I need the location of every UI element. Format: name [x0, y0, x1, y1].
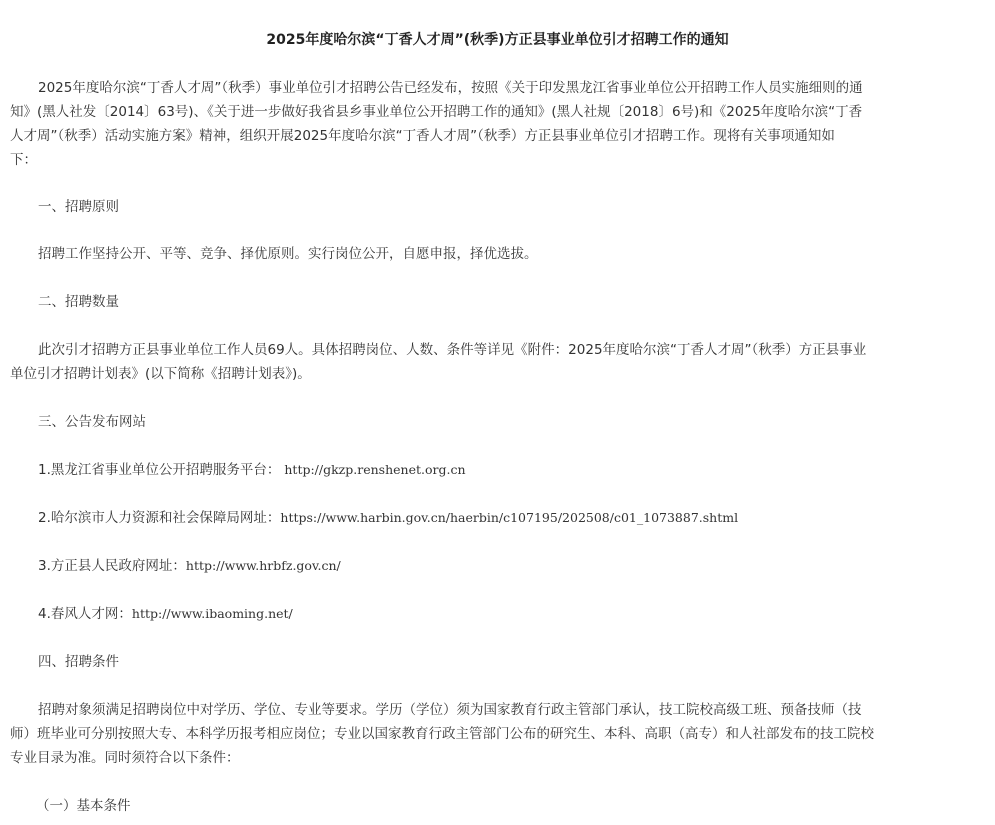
- conditions-paragraph: 招聘对象须满足招聘岗位中对学历、学位、专业等要求。学历（学位）须为国家教育行政主…: [10, 698, 890, 770]
- document-title: 2025年度哈尔滨“丁香人才周”(秋季)方正县事业单位引才招聘工作的通知: [0, 30, 995, 50]
- section-heading-principles: 一、招聘原则: [38, 195, 119, 219]
- intro-line-4: 下：: [10, 148, 890, 172]
- website-item-3: 3.方正县人民政府网址：http://www.hrbfz.gov.cn/: [38, 554, 341, 578]
- website-label-4: 4.春风人才网：: [38, 606, 132, 622]
- conditions-line-1: 招聘对象须满足招聘岗位中对学历、学位、专业等要求。学历（学位）须为国家教育行政主…: [10, 698, 890, 722]
- principles-paragraph: 招聘工作坚持公开、平等、竞争、择优原则。实行岗位公开，自愿申报，择优选拔。: [10, 242, 890, 266]
- quantity-paragraph: 此次引才招聘方正县事业单位工作人员69人。具体招聘岗位、人数、条件等详见《附件：…: [10, 338, 890, 386]
- website-link-3[interactable]: http://www.hrbfz.gov.cn/: [186, 558, 341, 573]
- website-item-1: 1.黑龙江省事业单位公开招聘服务平台： http://gkzp.renshene…: [38, 458, 466, 482]
- conditions-line-3: 专业目录为准。同时须符合以下条件：: [10, 746, 890, 770]
- intro-line-1: 2025年度哈尔滨“丁香人才周”（秋季）事业单位引才招聘公告已经发布，按照《关于…: [10, 76, 890, 100]
- website-link-2[interactable]: https://www.harbin.gov.cn/haerbin/c10719…: [280, 510, 738, 525]
- intro-line-2: 知》(黑人社发〔2014〕63号)、《关于进一步做好我省县乡事业单位公开招聘工作…: [10, 100, 890, 124]
- section-heading-conditions: 四、招聘条件: [38, 650, 119, 674]
- principles-line-1: 招聘工作坚持公开、平等、竞争、择优原则。实行岗位公开，自愿申报，择优选拔。: [10, 242, 890, 266]
- quantity-line-1: 此次引才招聘方正县事业单位工作人员69人。具体招聘岗位、人数、条件等详见《附件：…: [10, 338, 890, 362]
- website-label-1: 1.黑龙江省事业单位公开招聘服务平台：: [38, 462, 280, 478]
- website-item-2: 2.哈尔滨市人力资源和社会保障局网址：https://www.harbin.go…: [38, 506, 738, 530]
- website-link-1[interactable]: http://gkzp.renshenet.org.cn: [280, 462, 465, 477]
- intro-paragraph: 2025年度哈尔滨“丁香人才周”（秋季）事业单位引才招聘公告已经发布，按照《关于…: [10, 76, 890, 172]
- website-label-3: 3.方正县人民政府网址：: [38, 558, 186, 574]
- subsection-heading-basic-conditions: （一）基本条件: [36, 794, 131, 818]
- section-heading-websites: 三、公告发布网站: [38, 410, 146, 434]
- intro-line-3: 人才周”（秋季）活动实施方案》精神，组织开展2025年度哈尔滨“丁香人才周”（秋…: [10, 124, 890, 148]
- quantity-line-2: 单位引才招聘计划表》(以下简称《招聘计划表》)。: [10, 362, 890, 386]
- website-label-2: 2.哈尔滨市人力资源和社会保障局网址：: [38, 510, 280, 526]
- website-item-4: 4.春风人才网：http://www.ibaoming.net/: [38, 602, 293, 626]
- conditions-line-2: 师）班毕业可分别按照大专、本科学历报考相应岗位；专业以国家教育行政主管部门公布的…: [10, 722, 890, 746]
- section-heading-quantity: 二、招聘数量: [38, 290, 119, 314]
- website-link-4[interactable]: http://www.ibaoming.net/: [132, 606, 293, 621]
- notice-page: 2025年度哈尔滨“丁香人才周”(秋季)方正县事业单位引才招聘工作的通知 202…: [0, 0, 995, 825]
